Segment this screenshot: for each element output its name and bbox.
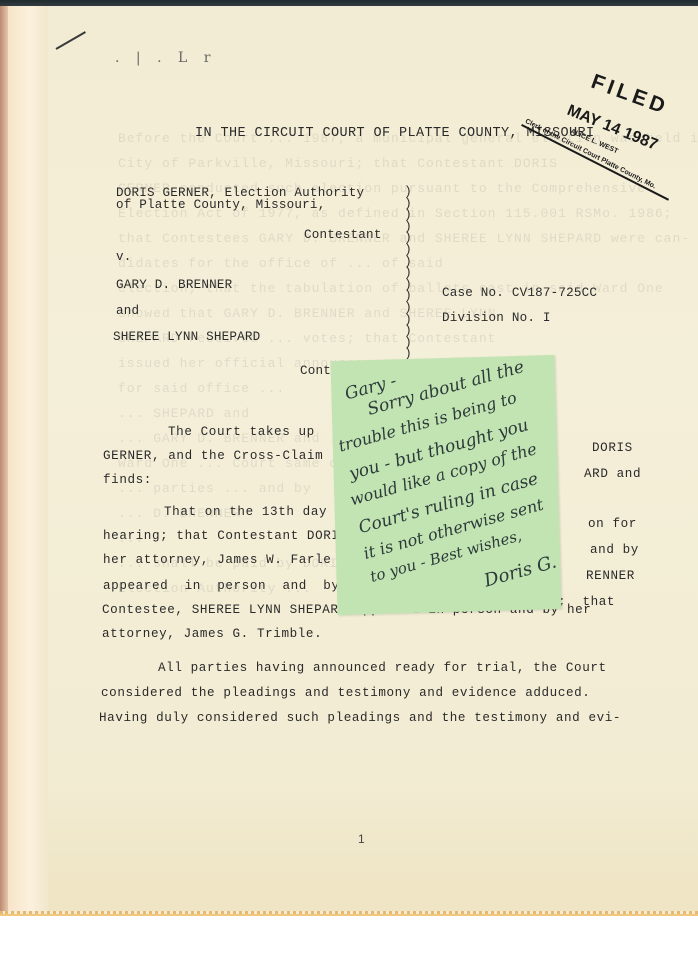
para1-line2-left: GERNER, and the Cross-Claim (103, 444, 323, 469)
para2-line4-left: appeared in person and by (103, 574, 340, 599)
para1-line2-right: ARD and (584, 462, 641, 487)
para3-line2: considered the pleadings and testimony a… (101, 681, 590, 706)
division-number: Division No. I (442, 311, 551, 325)
contestant-role: Contestant (304, 228, 382, 242)
pencil-marks: . | . L r (115, 50, 216, 66)
versus: v. (116, 250, 132, 264)
para2-line1-right: on for (588, 512, 637, 537)
contestee-2: SHEREE LYNN SHEPARD (113, 330, 260, 344)
case-number: Case No. CV187-725CC (442, 286, 597, 300)
para3-line1: All parties having announced ready for t… (158, 656, 607, 681)
para2-line3-left: her attorney, James W. Farle (103, 548, 331, 573)
binding-strip (8, 6, 48, 911)
pen-mark (56, 31, 86, 50)
page-number: 1 (358, 832, 365, 846)
stamp-filed-label: FILED (588, 70, 672, 120)
para1-line1-left: The Court takes up (168, 420, 315, 445)
conjunction-and: and (116, 304, 139, 318)
contestee-role: Cont (300, 364, 331, 378)
para2-line2-left: hearing; that Contestant DORI (103, 524, 340, 549)
sticky-note: Gary - Sorry about all the trouble this … (330, 355, 561, 615)
para3-line3: Having duly considered such pleadings an… (99, 706, 621, 731)
caption-bracket: ) ) ) ) ) ) ) ) ) ) ) ) ) ) ) (404, 186, 412, 360)
para2-line2-right: and by (590, 538, 639, 563)
document-page: . | . L r Before the Court ... 1987, a m… (0, 6, 698, 914)
page-left-edge (0, 6, 8, 911)
contestant-name-line2: of Platte County, Missouri, (116, 198, 325, 212)
para2-line6: attorney, James G. Trimble. (102, 622, 322, 647)
contestee-1: GARY D. BRENNER (116, 278, 232, 292)
note-signature: Doris G. (482, 551, 559, 591)
para2-line1-left: That on the 13th day (164, 500, 327, 525)
para1-line3: finds: (103, 468, 152, 493)
para1-line1-right: DORIS (592, 436, 633, 461)
para2-line3-right: RENNER (586, 564, 635, 589)
